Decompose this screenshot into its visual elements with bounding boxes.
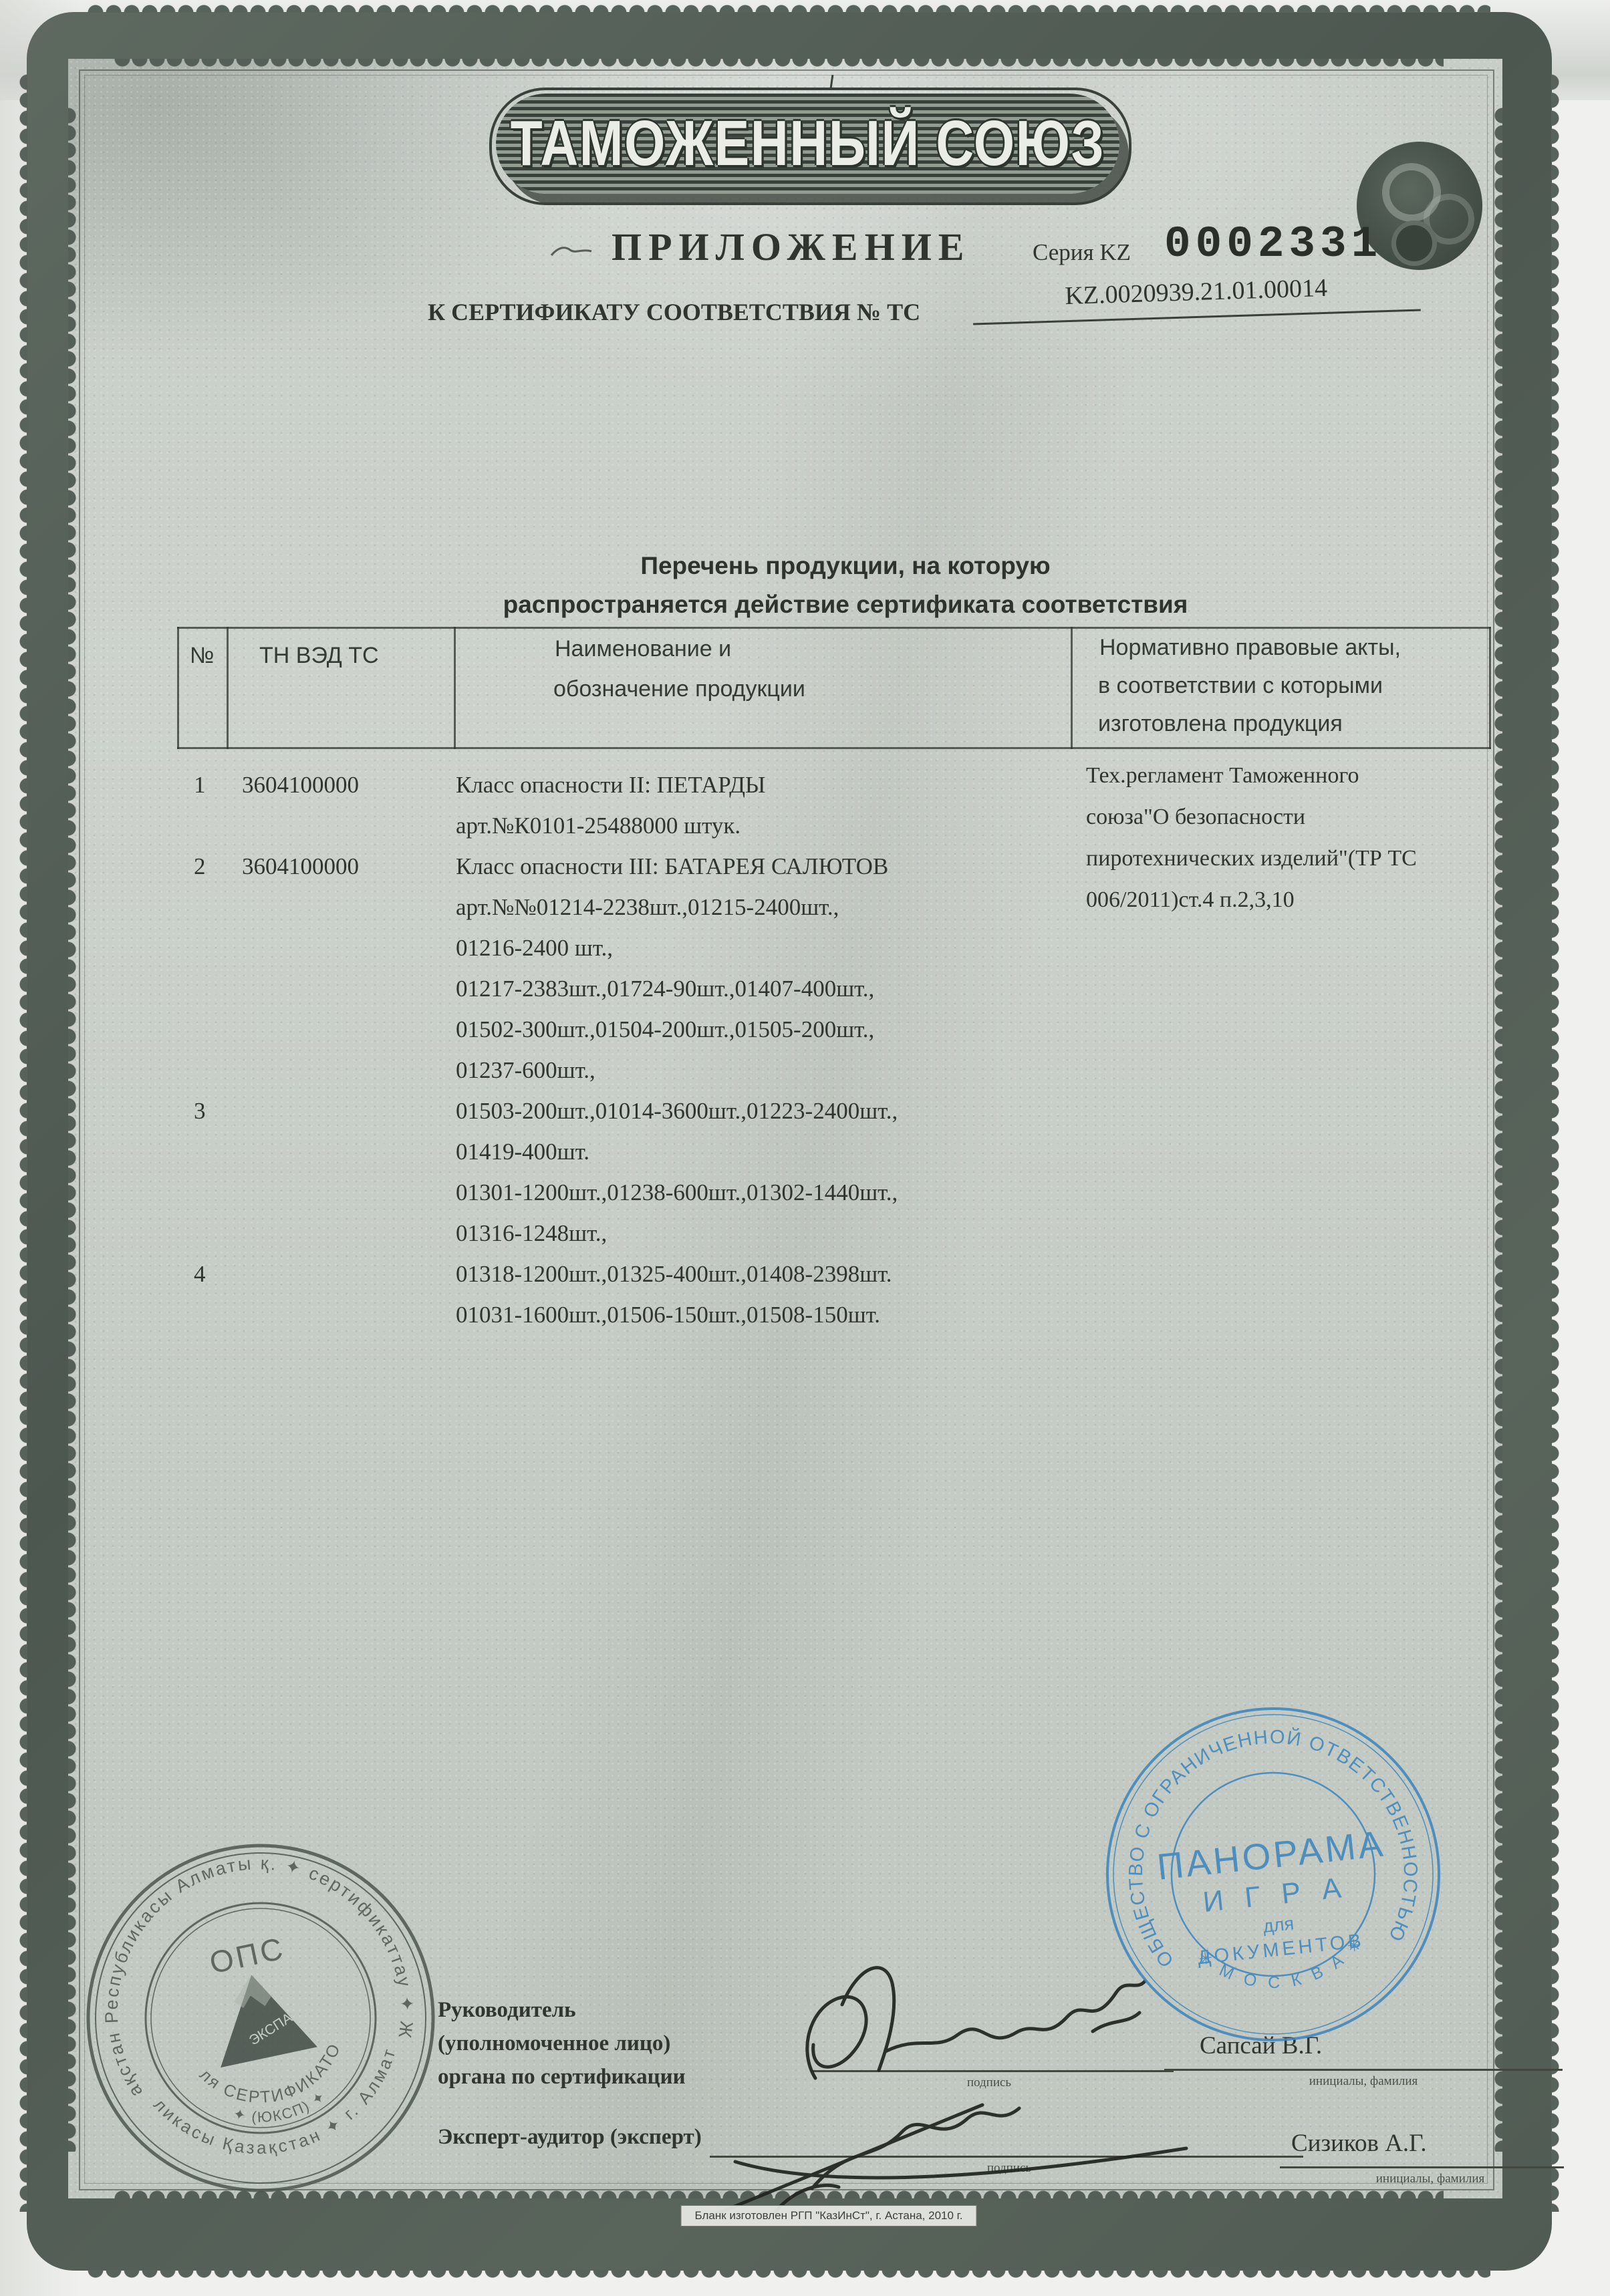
column-header-number: № [190,643,214,669]
row-2-tnved-code: 3604100000 [242,853,359,880]
column-header-acts-1: Нормативно правовые акты, [1099,635,1401,661]
page-title: ПРИЛОЖЕНИЕ [612,225,971,269]
role-head-line-2: (уполномоченное лицо) [438,2031,670,2056]
border-scallops-inner-left [68,107,77,2152]
row-4-product-line: 01031-1600шт.,01506-150шт.,01508-150шт. [456,1302,880,1328]
blue-stamp-company-name: ПАНОРАМА [1155,1822,1387,1888]
ops-stamp-triangle-logo [203,1965,317,2067]
banner-text: ТАМОЖЕННЫЙ СОЮЗ [511,107,1105,180]
column-header-acts-2: в соответствии с которыми [1098,673,1383,699]
row-3-product-line: 01503-200шт.,01014-3600шт.,01223-2400шт.… [456,1098,898,1125]
border-scallops-outer-bottom [87,2270,1490,2279]
table-divider-2 [454,627,456,749]
row-3-product-line: 01316-1248шт., [456,1220,607,1247]
row-2-product-line: арт.№№01214-2238шт.,01215-2400шт., [456,894,839,921]
table-border-top [177,627,1491,629]
certificate-reference-label: К СЕРТИФИКАТУ СООТВЕТСТВИЯ № ТС [428,298,920,326]
row-2-number: 2 [194,853,206,880]
row-1-number: 1 [194,772,206,799]
subtitle-line-1: Перечень продукции, на которую [294,552,1397,580]
subtitle-line-2: распространяется действие сертификата со… [294,591,1397,619]
signature-ink-2 [695,2082,1243,2222]
margin-pen-mark [548,241,595,261]
blank-manufacturer-note: Бланк изготовлен РГП "КазИнСт", г. Астан… [680,2205,976,2227]
column-header-name-2: обозначение продукции [553,676,805,702]
row-2-product-line: 01502-300шт.,01504-200шт.,01505-200шт., [456,1016,874,1043]
name-caption-1: инициалы, фамилия [1230,2074,1497,2089]
table-divider-1 [227,627,229,749]
row-2-product-line: 01217-2383шт.,01724-90шт.,01407-400шт., [456,976,874,1002]
scanned-certificate-page: ТАМОЖЕННЫЙ СОЮЗ ПРИЛОЖЕНИЕ Серия KZ 0002… [0,0,1610,2296]
blue-stamp-purpose-1: для [1262,1913,1295,1936]
series-number: 0002331 [1164,219,1382,269]
border-scallops-outer-left [18,74,27,2212]
blue-company-stamp: ОБЩЕСТВО С ОГРАНИЧЕННОЙ ОТВЕТСТВЕННОСТЬЮ… [1082,1683,1464,2065]
table-border-left [177,627,179,749]
column-header-name-1: Наименование и [555,636,731,662]
series-label: Серия KZ [1033,239,1131,266]
border-scallops-outer-right [1551,74,1561,2212]
row-4-number: 4 [194,1261,206,1288]
acts-line-4: 006/2011)ст.4 п.2,3,10 [1086,887,1295,913]
role-head-line-1: Руководитель [438,1998,576,2023]
table-border-right [1489,627,1491,749]
rosette-dot [1391,221,1437,266]
acts-line-2: союза"О безопасности [1086,805,1305,830]
row-3-product-line: 01419-400шт. [456,1139,589,1165]
column-header-code: ТН ВЭД ТС [259,643,379,669]
name-caption-2: инициалы, фамилия [1320,2172,1540,2186]
row-1-product-line: арт.№К0101-25488000 штук. [456,813,741,839]
role-expert: Эксперт-аудитор (эксперт) [438,2125,702,2150]
acts-line-3: пиротехнических изделий"(ТР ТС [1086,846,1417,871]
ops-certification-stamp: Қазақстан Республикасы Алматы қ. ✦ серти… [40,1798,481,2238]
customs-union-banner: ТАМОЖЕННЫЙ СОЮЗ [496,94,1119,194]
row-2-product-line: 01216-2400 шт., [456,935,613,962]
table-border-bottom [177,747,1491,749]
signatory-name-2: Сизиков А.Г. [1291,2129,1427,2158]
role-head-line-3: органа по сертификации [438,2065,686,2090]
name-line-2 [1280,2166,1564,2168]
border-scallops-inner-top [114,59,1444,67]
table-divider-3 [1071,627,1073,749]
signature-ink-1 [779,1951,1166,2095]
row-3-number: 3 [194,1098,206,1125]
row-3-product-line: 01301-1200шт.,01238-600шт.,01302-1440шт.… [456,1179,898,1206]
row-1-product-line: Класс опасности II: ПЕТАРДЫ [456,772,765,799]
ops-stamp-abbreviation: ОПС [207,1930,288,1981]
column-header-acts-3: изготовлена продукция [1098,711,1343,737]
row-1-tnved-code: 3604100000 [242,772,359,799]
border-scallops-inner-right [1494,107,1502,2152]
name-line-1 [1164,2069,1563,2071]
border-scallops-outer-top [87,3,1490,13]
row-2-product-line: Класс опасности III: БАТАРЕЯ САЛЮТОВ [456,853,888,880]
row-2-product-line: 01237-600шт., [456,1057,595,1084]
row-4-product-line: 01318-1200шт.,01325-400шт.,01408-2398шт. [456,1261,892,1288]
acts-line-1: Тех.регламент Таможенного [1086,763,1359,788]
